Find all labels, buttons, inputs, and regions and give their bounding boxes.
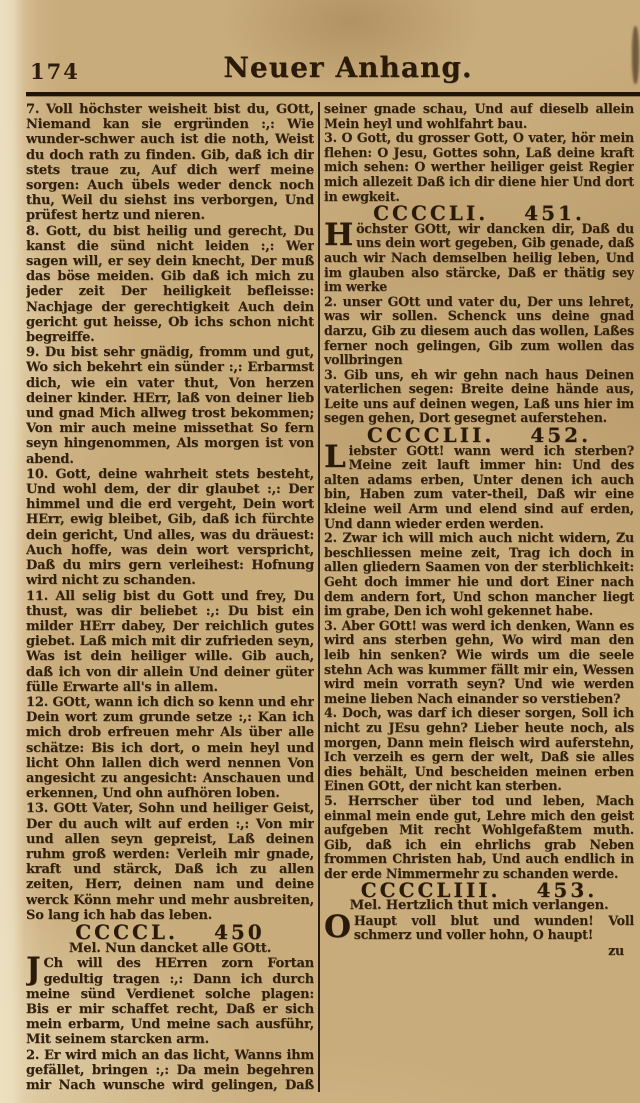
text-columns: 7. Voll höchster weisheit bist du, GOtt,… [0, 96, 640, 1092]
hymn-451-initial: H [324, 222, 356, 248]
hymn-450-initial: J [26, 956, 43, 982]
page-number: 174 [30, 59, 100, 84]
hymn-451-number: 451. [524, 206, 585, 221]
left-column: 7. Voll höchster weisheit bist du, GOtt,… [26, 102, 314, 1092]
hymn-450-number: 450 [214, 925, 265, 940]
hymn-451-roman-numeral: CCCCLI. [373, 206, 488, 221]
hymn-449-verse-11: 11. All selig bist du Gott und frey, Du … [26, 589, 314, 695]
hymn-451-verse-3: 3. Gib uns, eh wir gehn nach haus Deinen… [324, 368, 634, 426]
hymn-453-verse-1-text: Haupt voll blut und wunden! Voll schmerz… [354, 913, 634, 943]
hymn-452-initial: L [324, 444, 349, 470]
hymn-450-heading: CCCCL. 450 [26, 925, 314, 940]
page-header: 174 Neuer Anhang. [0, 0, 640, 84]
catchword: zu [324, 944, 624, 959]
hymn-453-roman-numeral: CCCCLIII. [361, 883, 501, 898]
hymn-452-verse-1: Liebster GOtt! wann werd ich sterben? Me… [324, 444, 634, 532]
hymn-453-heading: CCCCLIII. 453. [324, 883, 634, 898]
hymn-452-verse-5: 5. Herrscher über tod und leben, Mach ei… [324, 794, 634, 882]
hymn-449-verse-7: 7. Voll höchster weisheit bist du, GOtt,… [26, 102, 314, 224]
hymn-451-verse-1: Höchster GOtt, wir dancken dir, Daß du u… [324, 222, 634, 295]
right-column: seiner gnade schau, Und auf dieselb alle… [324, 102, 634, 1092]
hymn-449-verse-8: 8. Gott, du bist heilig und gerecht, Du … [26, 224, 314, 346]
hymn-451-verse-1-text: öchster GOtt, wir dancken dir, Daß du un… [324, 221, 634, 294]
hymn-452-heading: CCCCLII. 452. [324, 428, 634, 443]
hymn-449-verse-13: 13. GOtt Vater, Sohn und heiliger Geist,… [26, 801, 314, 923]
hymn-450-verse-1: JCh will des HErren zorn Fortan gedultig… [26, 956, 314, 1047]
hymn-450-verse-2-continuation: seiner gnade schau, Und auf dieselb alle… [324, 102, 634, 131]
hymn-451-heading: CCCCLI. 451. [324, 206, 634, 221]
book-page: 174 Neuer Anhang. 7. Voll höchster weish… [0, 0, 640, 1103]
hymn-450-verse-1-text: Ch will des HErren zorn Fortan gedultig … [26, 956, 314, 1047]
hymn-453-verse-1: OHaupt voll blut und wunden! Voll schmer… [324, 914, 634, 943]
hymn-452-verse-2: 2. Zwar ich will mich auch nicht widern,… [324, 531, 634, 619]
hymn-450-verse-3: 3. O Gott, du grosser Gott, O vater, hör… [324, 131, 634, 204]
hymn-450-melody: Mel. Nun dancket alle GOtt. [26, 941, 314, 956]
hymn-450-verse-2: 2. Er wird mich an das licht, Wanns ihm … [26, 1048, 314, 1092]
hymn-452-verse-1-text: iebster GOtt! wann werd ich sterben? Mei… [324, 443, 634, 531]
page-edge-smudge [632, 26, 639, 84]
hymn-453-number: 453. [537, 883, 598, 898]
hymn-453-melody: Mel. Hertzlich thut mich verlangen. [324, 899, 634, 914]
hymn-453-initial: O [324, 914, 354, 940]
hymn-452-number: 452. [530, 428, 591, 443]
hymn-449-verse-10: 10. Gott, deine wahrheit stets besteht, … [26, 467, 314, 589]
hymn-452-verse-3: 3. Aber GOtt! was werd ich denken, Wann … [324, 619, 634, 707]
column-divider-rule [318, 102, 320, 1092]
hymn-449-verse-12: 12. GOtt, wann ich dich so kenn und ehr … [26, 695, 314, 801]
page-title: Neuer Anhang. [100, 51, 596, 84]
hymn-450-roman-numeral: CCCCL. [75, 925, 178, 940]
hymn-449-verse-9: 9. Du bist sehr gnädig, fromm und gut, W… [26, 345, 314, 467]
hymn-452-roman-numeral: CCCCLII. [367, 428, 494, 443]
hymn-452-verse-4: 4. Doch, was darf ich dieser sorgen, Sol… [324, 706, 634, 794]
hymn-451-verse-2: 2. unser GOtt und vater du, Der uns lehr… [324, 295, 634, 368]
